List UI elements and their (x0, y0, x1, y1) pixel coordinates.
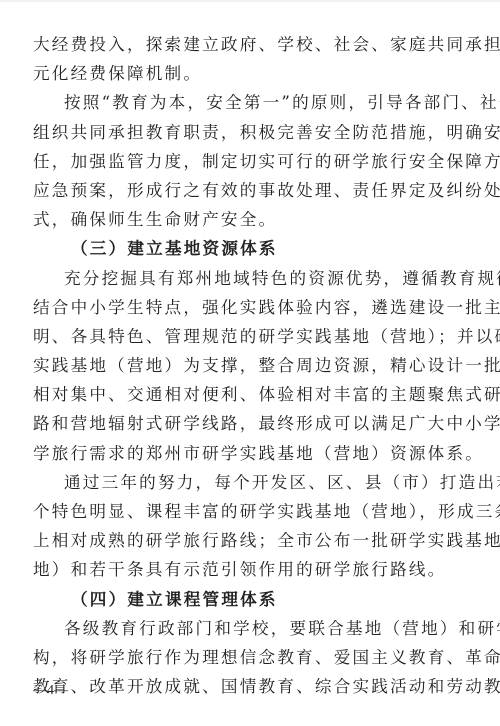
page-number: —4— (33, 683, 68, 699)
paragraph-curriculum: 各级教育行政部门和学校，要联合基地（营地）和研学机 构，将研学旅行作为理想信念教… (33, 614, 465, 702)
text-line: 应急预案，形成行之有效的事故处理、责任界定及纠纷处理模 (33, 176, 465, 205)
text-line: 结合中小学生特点，强化实践体验内容，遴选建设一批主题鲜 (33, 293, 465, 322)
text-line: 各级教育行政部门和学校，要联合基地（营地）和研学机 (33, 614, 465, 643)
section-heading-3: （三）建立基地资源体系 (33, 234, 465, 263)
text-line: 上相对成熟的研学旅行路线；全市公布一批研学实践基地（营 (33, 526, 465, 555)
text-line: 充分挖掘具有郑州地域特色的资源优势，遵循教育规律， (33, 264, 465, 293)
text-line: 路和营地辐射式研学线路，最终形成可以满足广大中小学生研 (33, 409, 465, 438)
paragraph-continuation: 大经费投入，探索建立政府、学校、社会、家庭共同承担的多 元化经费保障机制。 (33, 30, 465, 88)
paragraph-three-year-goal: 通过三年的努力，每个开发区、区、县（市）打造出若干 个特色明显、课程丰富的研学实… (33, 468, 465, 585)
text-line: 按照“教育为本，安全第一”的原则，引导各部门、社会 (33, 88, 465, 117)
paragraph-base-resources: 充分挖掘具有郑州地域特色的资源优势，遵循教育规律， 结合中小学生特点，强化实践体… (33, 264, 465, 468)
text-line: 个特色明显、课程丰富的研学实践基地（营地），形成三条以 (33, 497, 465, 526)
heading-text: （三）建立基地资源体系 (33, 234, 465, 263)
text-line: 相对集中、交通相对便利、体验相对丰富的主题聚焦式研学线 (33, 380, 465, 409)
text-line: 通过三年的努力，每个开发区、区、县（市）打造出若干 (33, 468, 465, 497)
page-top-edge (0, 0, 500, 2)
text-line: 实践基地（营地）为支撑，整合周边资源，精心设计一批主题 (33, 351, 465, 380)
text-line: 地）和若干条具有示范引领作用的研学旅行路线。 (33, 555, 465, 584)
text-line: 组织共同承担教育职责，积极完善安全防范措施，明确安全责 (33, 118, 465, 147)
text-line: 教育、改革开放成就、国情教育、综合实践活动和劳动教育的 (33, 672, 465, 701)
text-line: 大经费投入，探索建立政府、学校、社会、家庭共同承担的多 (33, 30, 465, 59)
text-line: 式，确保师生生命财产安全。 (33, 205, 465, 234)
text-line: 明、各具特色、管理规范的研学实践基地（营地）；并以研学 (33, 322, 465, 351)
text-line: 元化经费保障机制。 (33, 59, 465, 88)
section-heading-4: （四）建立课程管理体系 (33, 585, 465, 614)
text-line: 构，将研学旅行作为理想信念教育、爱国主义教育、革命传统 (33, 643, 465, 672)
text-line: 学旅行需求的郑州市研学实践基地（营地）资源体系。 (33, 439, 465, 468)
paragraph-safety: 按照“教育为本，安全第一”的原则，引导各部门、社会 组织共同承担教育职责，积极完… (33, 88, 465, 234)
document-page: 大经费投入，探索建立政府、学校、社会、家庭共同承担的多 元化经费保障机制。 按照… (33, 30, 465, 701)
heading-text: （四）建立课程管理体系 (33, 585, 465, 614)
text-line: 任，加强监管力度，制定切实可行的研学旅行安全保障方案及 (33, 147, 465, 176)
